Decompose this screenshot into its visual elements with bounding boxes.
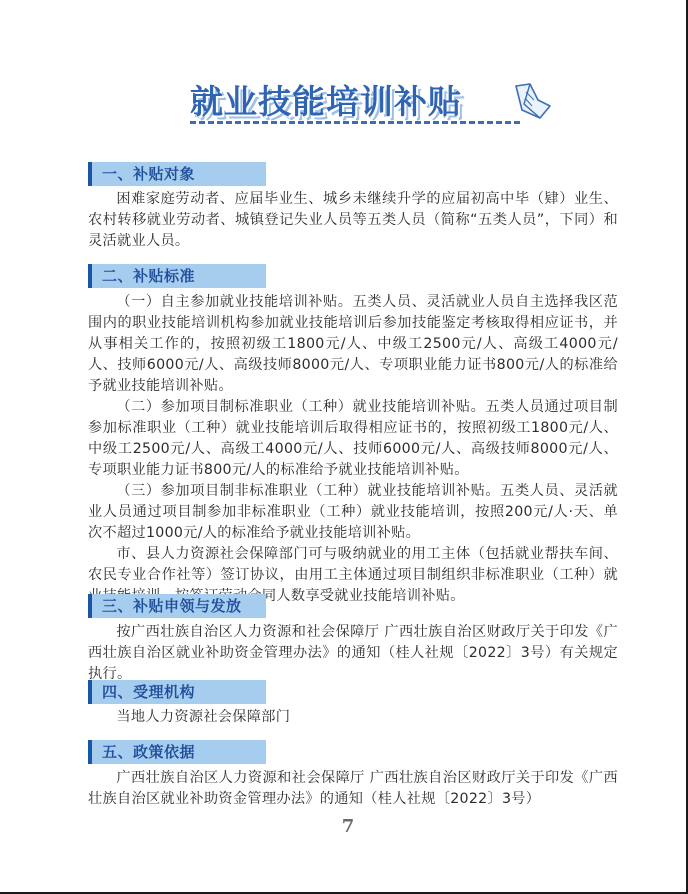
page-number: 7 [338,816,358,837]
section-heading-1-text: 一、补贴对象 [102,163,195,184]
section-heading-4-text: 四、受理机构 [102,681,195,702]
section-1-body: 困难家庭劳动者、应届毕业生、城乡未继续升学的应届初高中毕（肄）业生、农村转移就业… [88,189,618,252]
section-heading-3-text: 三、补贴申领与发放 [102,595,242,616]
page-title-block: 就业技能培训补贴 [180,70,560,130]
section-3-body: 按广西壮族自治区人力资源和社会保障厅 广西壮族自治区财政厅关于印发《广西壮族自治… [88,622,618,685]
section-heading-5-text: 五、政策依据 [102,741,195,762]
section-5-body: 广西壮族自治区人力资源和社会保障厅 广西壮族自治区财政厅关于印发《广西壮族自治区… [88,768,618,810]
section-3-paragraph-1: 按广西壮族自治区人力资源和社会保障厅 广西壮族自治区财政厅关于印发《广西壮族自治… [88,622,618,685]
arrow-icon [510,80,554,122]
section-heading-3: 三、补贴申领与发放 [88,594,266,618]
section-5-paragraph-1: 广西壮族自治区人力资源和社会保障厅 广西壮族自治区财政厅关于印发《广西壮族自治区… [88,768,618,810]
section-2-body: （一）自主参加就业技能培训补贴。五类人员、灵活就业人员自主选择我区范围内的职业技… [88,292,618,607]
section-heading-5: 五、政策依据 [88,740,266,764]
section-4-paragraph-1: 当地人力资源社会保障部门 [88,707,618,728]
section-2-paragraph-2: （二）参加项目制标准职业（工种）就业技能培训补贴。五类人员通过项目制参加标准职业… [88,397,618,481]
section-heading-2: 二、补贴标准 [88,264,266,288]
section-heading-2-text: 二、补贴标准 [102,265,195,286]
section-4-body: 当地人力资源社会保障部门 [88,707,618,728]
title-dashed-underline [190,121,520,124]
section-heading-4: 四、受理机构 [88,680,266,704]
section-heading-1: 一、补贴对象 [88,162,266,186]
page-title: 就业技能培训补贴 [190,76,462,123]
section-1-paragraph-1: 困难家庭劳动者、应届毕业生、城乡未继续升学的应届初高中毕（肄）业生、农村转移就业… [88,189,618,252]
section-2-paragraph-1: （一）自主参加就业技能培训补贴。五类人员、灵活就业人员自主选择我区范围内的职业技… [88,292,618,397]
section-2-paragraph-3: （三）参加项目制非标准职业（工种）就业技能培训补贴。五类人员、灵活就业人员通过项… [88,481,618,544]
